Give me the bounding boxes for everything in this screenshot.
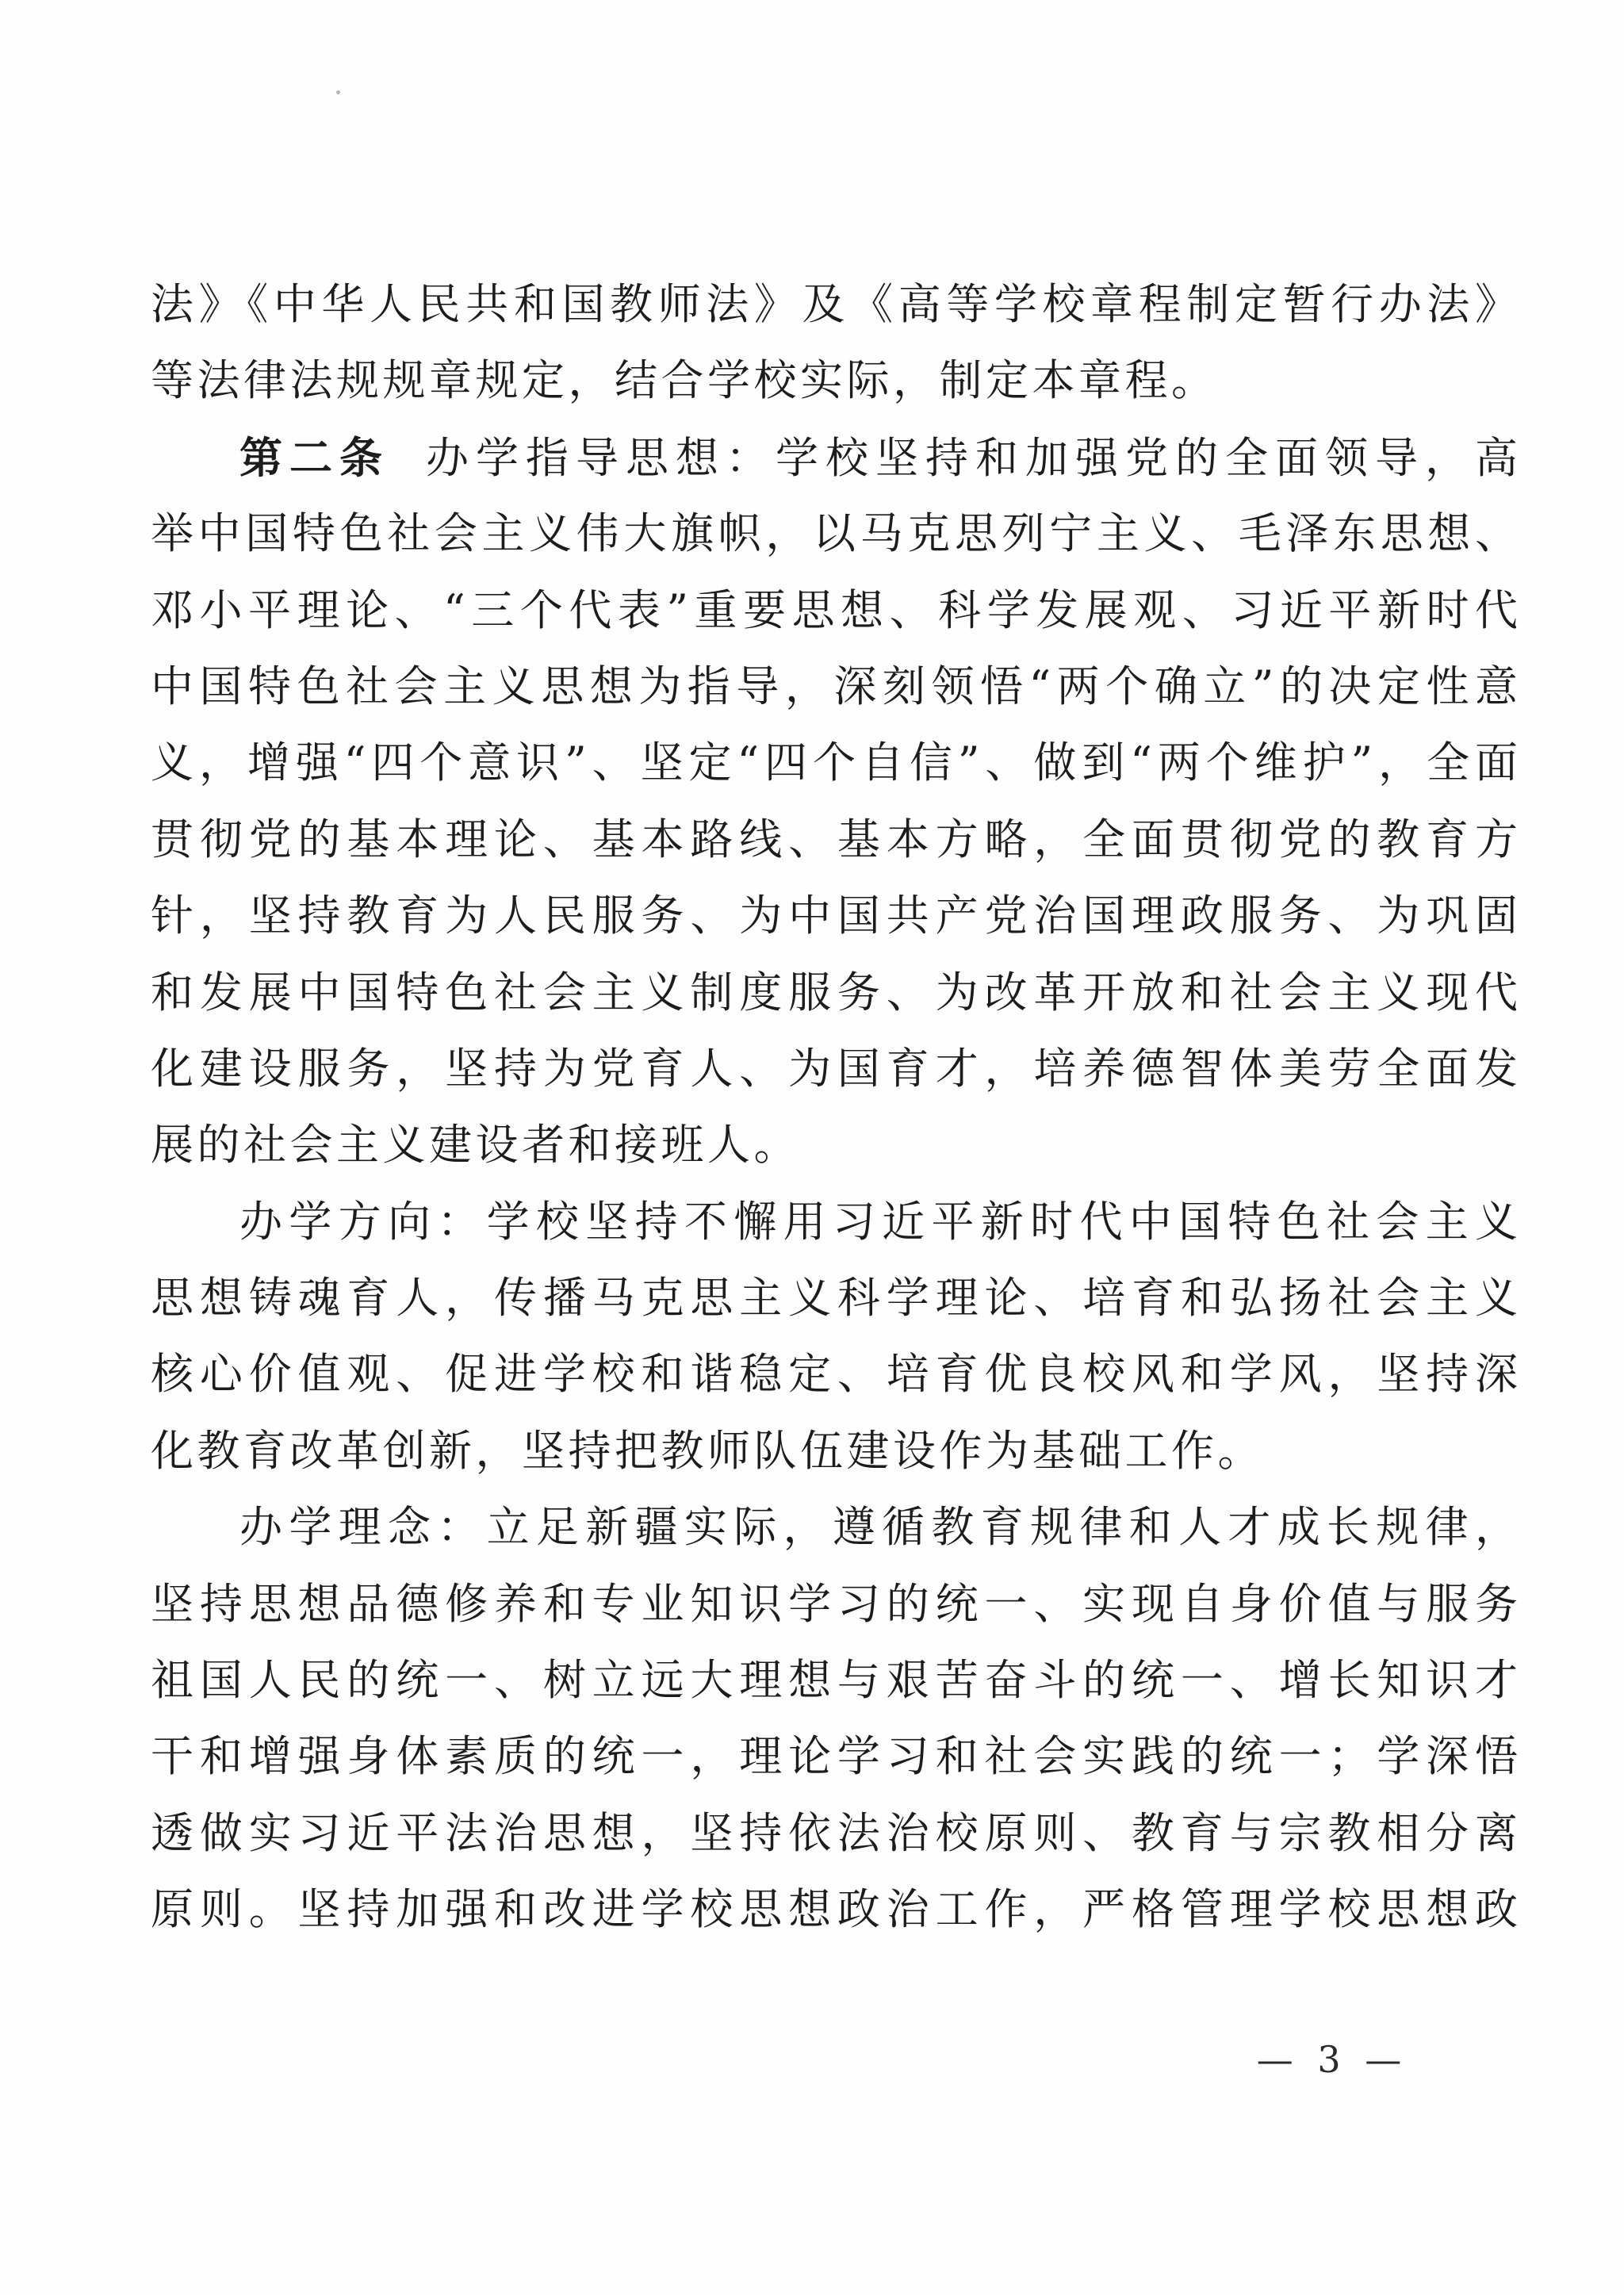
text-line: 祖国人民的统一、树立远大理想与艰苦奋斗的统一、增长知识才 (151, 1642, 1518, 1718)
article-number-label: 第二条 (239, 432, 389, 483)
page-number: — 3 — (1221, 2038, 1443, 2081)
text-line-article-2: 第二条办学指导思想：学校坚持和加强党的全面领导，高 (151, 420, 1518, 496)
text-line: 中国特色社会主义思想为指导，深刻领悟“两个确立”的决定性意 (151, 649, 1518, 725)
text-line: 展的社会主义建设者和接班人。 (151, 1107, 1518, 1183)
text-line: 干和增强身体素质的统一，理论学习和社会实践的统一；学深悟 (151, 1718, 1518, 1795)
text-line: 透做实习近平法治思想，坚持依法治校原则、教育与宗教相分离 (151, 1795, 1518, 1872)
text-line: 邓小平理论、“三个代表”重要思想、科学发展观、习近平新时代 (151, 573, 1518, 649)
text-line: 化建设服务，坚持为党育人、为国育才，培养德智体美劳全面发 (151, 1031, 1518, 1107)
document-page: 法》《中华人民共和国教师法》及《高等学校章程制定暂行办法》 等法律法规规章规定，… (0, 0, 1624, 2295)
text-line: 化教育改革创新，坚持把教师队伍建设作为基础工作。 (151, 1413, 1518, 1489)
text-line: 思想铸魂育人，传播马克思主义科学理论、培育和弘扬社会主义 (151, 1260, 1518, 1336)
text-line: 义，增强“四个意识”、坚定“四个自信”、做到“两个维护”，全面 (151, 725, 1518, 801)
text-line: 原则。坚持加强和改进学校思想政治工作，严格管理学校思想政 (151, 1872, 1518, 1948)
text-line: 坚持思想品德修养和专业知识学习的统一、实现自身价值与服务 (151, 1566, 1518, 1642)
text-line: 贯彻党的基本理论、基本路线、基本方略，全面贯彻党的教育方 (151, 802, 1518, 878)
text-line: 和发展中国特色社会主义制度服务、为改革开放和社会主义现代 (151, 955, 1518, 1031)
text-line-paragraph-start: 办学理念：立足新疆实际，遵循教育规律和人才成长规律， (151, 1489, 1518, 1565)
text-line: 核心价值观、促进学校和谐稳定、培育优良校风和学风，坚持深 (151, 1336, 1518, 1412)
text-line: 法》《中华人民共和国教师法》及《高等学校章程制定暂行办法》 (151, 266, 1518, 343)
text-line: 等法律法规规章规定，结合学校实际，制定本章程。 (151, 343, 1518, 419)
article-text: 办学指导思想：学校坚持和加强党的全面领导，高 (426, 433, 1518, 483)
text-line: 针，坚持教育为人民服务、为中国共产党治国理政服务、为巩固 (151, 878, 1518, 954)
scan-artifact (336, 90, 340, 94)
text-line-paragraph-start: 办学方向：学校坚持不懈用习近平新时代中国特色社会主义 (151, 1184, 1518, 1260)
page-body: 法》《中华人民共和国教师法》及《高等学校章程制定暂行办法》 等法律法规规章规定，… (151, 266, 1518, 1948)
text-line: 举中国特色社会主义伟大旗帜，以马克思列宁主义、毛泽东思想、 (151, 496, 1518, 572)
